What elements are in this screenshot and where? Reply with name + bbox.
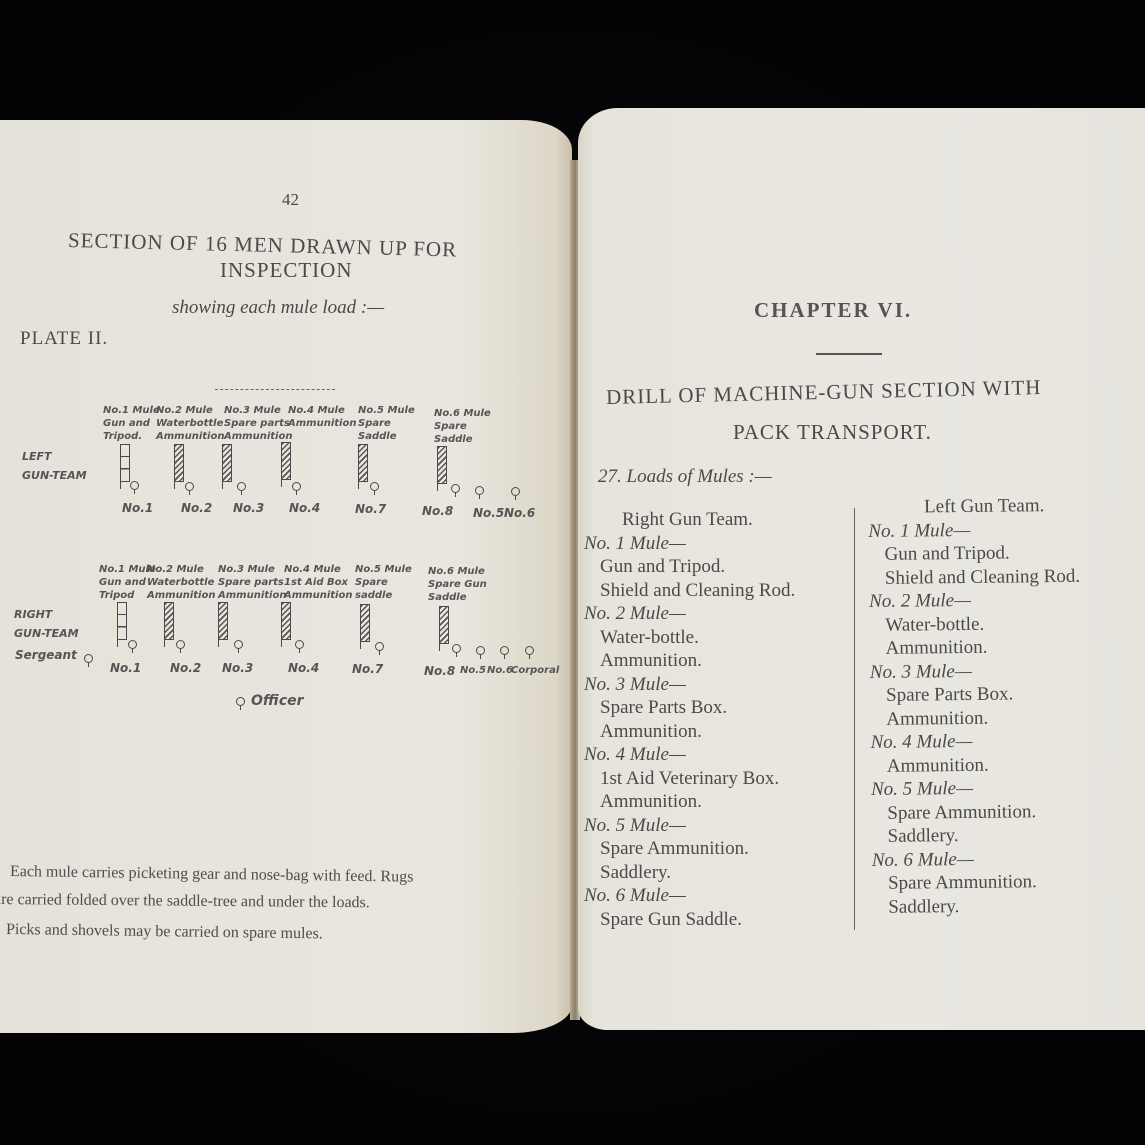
mule-label: No. 6 Mule— <box>872 846 1084 872</box>
load-item: Saddlery. <box>584 861 795 885</box>
man-label: No.6 <box>487 665 513 676</box>
man-label: No.3 <box>222 661 253 675</box>
left-team-label: LEFT GUN-TEAM <box>22 447 87 485</box>
gun-tripod-load-icon <box>120 444 130 482</box>
mule-load-icon <box>437 446 447 484</box>
load-item: Ammunition. <box>584 720 795 744</box>
team-title: Left Gun Team. <box>868 494 1080 520</box>
right-page: CHAPTER VI. DRILL OF MACHINE-GUN SECTION… <box>578 108 1145 1030</box>
left-mule-1-label: No.1 MuleGun andTripod. <box>103 404 160 443</box>
load-item: Water-bottle. <box>869 611 1081 637</box>
left-mule-5-label: No.5 MuleSpareSaddle <box>358 404 415 443</box>
load-item: Spare Gun Saddle. <box>584 908 795 932</box>
right-mule-2-label: No.2 MuleWaterbottleAmmunition <box>147 563 215 602</box>
plate-subtitle: showing each mule load :— <box>172 297 384 319</box>
mule-load-icon <box>174 444 184 482</box>
man-icon <box>295 640 304 649</box>
man-label: No.2 <box>170 661 201 675</box>
load-item: Ammunition. <box>870 705 1082 731</box>
load-item: Ammunition. <box>584 790 795 814</box>
load-item: Spare Parts Box. <box>584 696 795 720</box>
load-item: Gun and Tripod. <box>584 555 795 579</box>
left-mule-4-label: No.4 MuleAmmunition <box>288 404 356 430</box>
man-icon <box>370 482 379 491</box>
load-item: Ammunition. <box>869 635 1081 661</box>
man-label: No.1 <box>122 501 153 515</box>
man-icon <box>185 482 194 491</box>
mule-load-icon <box>164 602 174 640</box>
officer-man-icon <box>236 697 245 706</box>
chapter-rule <box>816 353 882 355</box>
man-label: No.5 <box>473 506 504 520</box>
man-label: No.7 <box>352 662 383 676</box>
man-icon <box>130 481 139 490</box>
mule-load-icon <box>281 442 291 480</box>
man-label: No.7 <box>355 502 386 516</box>
mule-load-icon <box>218 602 228 640</box>
load-item: Saddlery. <box>871 823 1083 849</box>
man-label: No.1 <box>110 661 141 675</box>
load-item: Spare Parts Box. <box>870 682 1082 708</box>
left-mule-2-label: No.2 MuleWaterbottleAmmunition <box>156 404 224 443</box>
man-label: No.6 <box>504 506 535 520</box>
load-item: Water-bottle. <box>584 626 795 650</box>
mule-label: No. 1 Mule— <box>868 517 1080 543</box>
plate-label: PLATE II. <box>20 328 108 350</box>
sergeant-man-icon <box>84 654 93 663</box>
right-mule-5-label: No.5 MuleSparesaddle <box>355 563 412 602</box>
load-item: Ammunition. <box>871 752 1083 778</box>
load-item: Shield and Cleaning Rod. <box>869 564 1081 590</box>
right-mule-3-label: No.3 MuleSpare partsAmmunition <box>218 563 286 602</box>
man-label: No.8 <box>422 504 453 518</box>
sergeant-label: Sergeant <box>15 648 77 662</box>
left-gun-team-list: Left Gun Team. No. 1 Mule— Gun and Tripo… <box>868 494 1084 919</box>
man-label: No.4 <box>289 501 320 515</box>
column-divider <box>854 508 855 930</box>
man-label: No.5 <box>460 665 486 676</box>
note-line-1: Each mule carries picketing gear and nos… <box>10 863 414 887</box>
man-icon <box>176 640 185 649</box>
man-icon <box>475 486 484 495</box>
right-mule-6-label: No.6 MuleSpare GunSaddle <box>428 565 487 604</box>
left-page: 42 SECTION OF 16 MEN DRAWN UP FOR INSPEC… <box>0 120 572 1033</box>
mule-load-icon <box>360 604 370 642</box>
note-line-3: Picks and shovels may be carried on spar… <box>6 921 323 943</box>
gun-tripod-load-icon <box>117 602 127 640</box>
mule-label: No. 3 Mule— <box>870 658 1082 684</box>
man-label: Corporal <box>511 665 559 676</box>
man-icon <box>451 484 460 493</box>
mule-label: No. 3 Mule— <box>584 673 795 697</box>
man-label: No.8 <box>424 664 455 678</box>
page-number: 42 <box>282 190 299 210</box>
section-heading-line2: PACK TRANSPORT. <box>733 420 932 445</box>
mule-load-icon <box>222 444 232 482</box>
load-item: Spare Ammunition. <box>584 837 795 861</box>
mule-load-icon <box>439 606 449 644</box>
mule-label: No. 2 Mule— <box>869 588 1081 614</box>
paragraph-heading: 27. Loads of Mules :— <box>598 466 772 488</box>
officer-label: Officer <box>251 693 304 709</box>
load-item: Spare Ammunition. <box>871 799 1083 825</box>
chapter-heading: CHAPTER VI. <box>754 298 912 323</box>
mule-load-icon <box>358 444 368 482</box>
load-item: Shield and Cleaning Rod. <box>584 579 795 603</box>
man-icon <box>525 646 534 655</box>
mule-label: No. 1 Mule— <box>584 532 795 556</box>
left-mule-6-label: No.6 MuleSpareSaddle <box>434 407 491 446</box>
man-icon <box>292 482 301 491</box>
right-team-label: RIGHT GUN-TEAM <box>14 605 79 643</box>
plate-title-line2: INSPECTION <box>220 258 353 283</box>
man-icon <box>511 487 520 496</box>
man-icon <box>476 646 485 655</box>
note-line-2: are carried folded over the saddle-tree … <box>0 891 370 912</box>
man-icon <box>500 646 509 655</box>
left-mule-3-label: No.3 MuleSpare partsAmmunition <box>224 404 292 443</box>
man-icon <box>237 482 246 491</box>
man-label: No.4 <box>288 661 319 675</box>
load-item: Spare Ammunition. <box>872 870 1084 896</box>
load-item: Ammunition. <box>584 649 795 673</box>
load-item: Gun and Tripod. <box>868 541 1080 567</box>
team-title: Right Gun Team. <box>584 508 795 532</box>
section-heading-line1: DRILL OF MACHINE-GUN SECTION WITH <box>606 375 1042 410</box>
mule-label: No. 5 Mule— <box>871 776 1083 802</box>
dashed-line <box>215 389 335 390</box>
man-label: No.2 <box>181 501 212 515</box>
mule-label: No. 4 Mule— <box>584 743 795 767</box>
man-label: No.3 <box>233 501 264 515</box>
mule-label: No. 2 Mule— <box>584 602 795 626</box>
load-item: Saddlery. <box>872 893 1084 919</box>
load-item: 1st Aid Veterinary Box. <box>584 767 795 791</box>
mule-label: No. 4 Mule— <box>870 729 1082 755</box>
mule-load-icon <box>281 602 291 640</box>
man-icon <box>128 640 137 649</box>
right-mule-4-label: No.4 Mule1st Aid BoxAmmunition <box>284 563 352 602</box>
mule-label: No. 5 Mule— <box>584 814 795 838</box>
man-icon <box>452 644 461 653</box>
man-icon <box>234 640 243 649</box>
right-gun-team-list: Right Gun Team. No. 1 Mule— Gun and Trip… <box>584 508 795 931</box>
mule-label: No. 6 Mule— <box>584 884 795 908</box>
man-icon <box>375 642 384 651</box>
